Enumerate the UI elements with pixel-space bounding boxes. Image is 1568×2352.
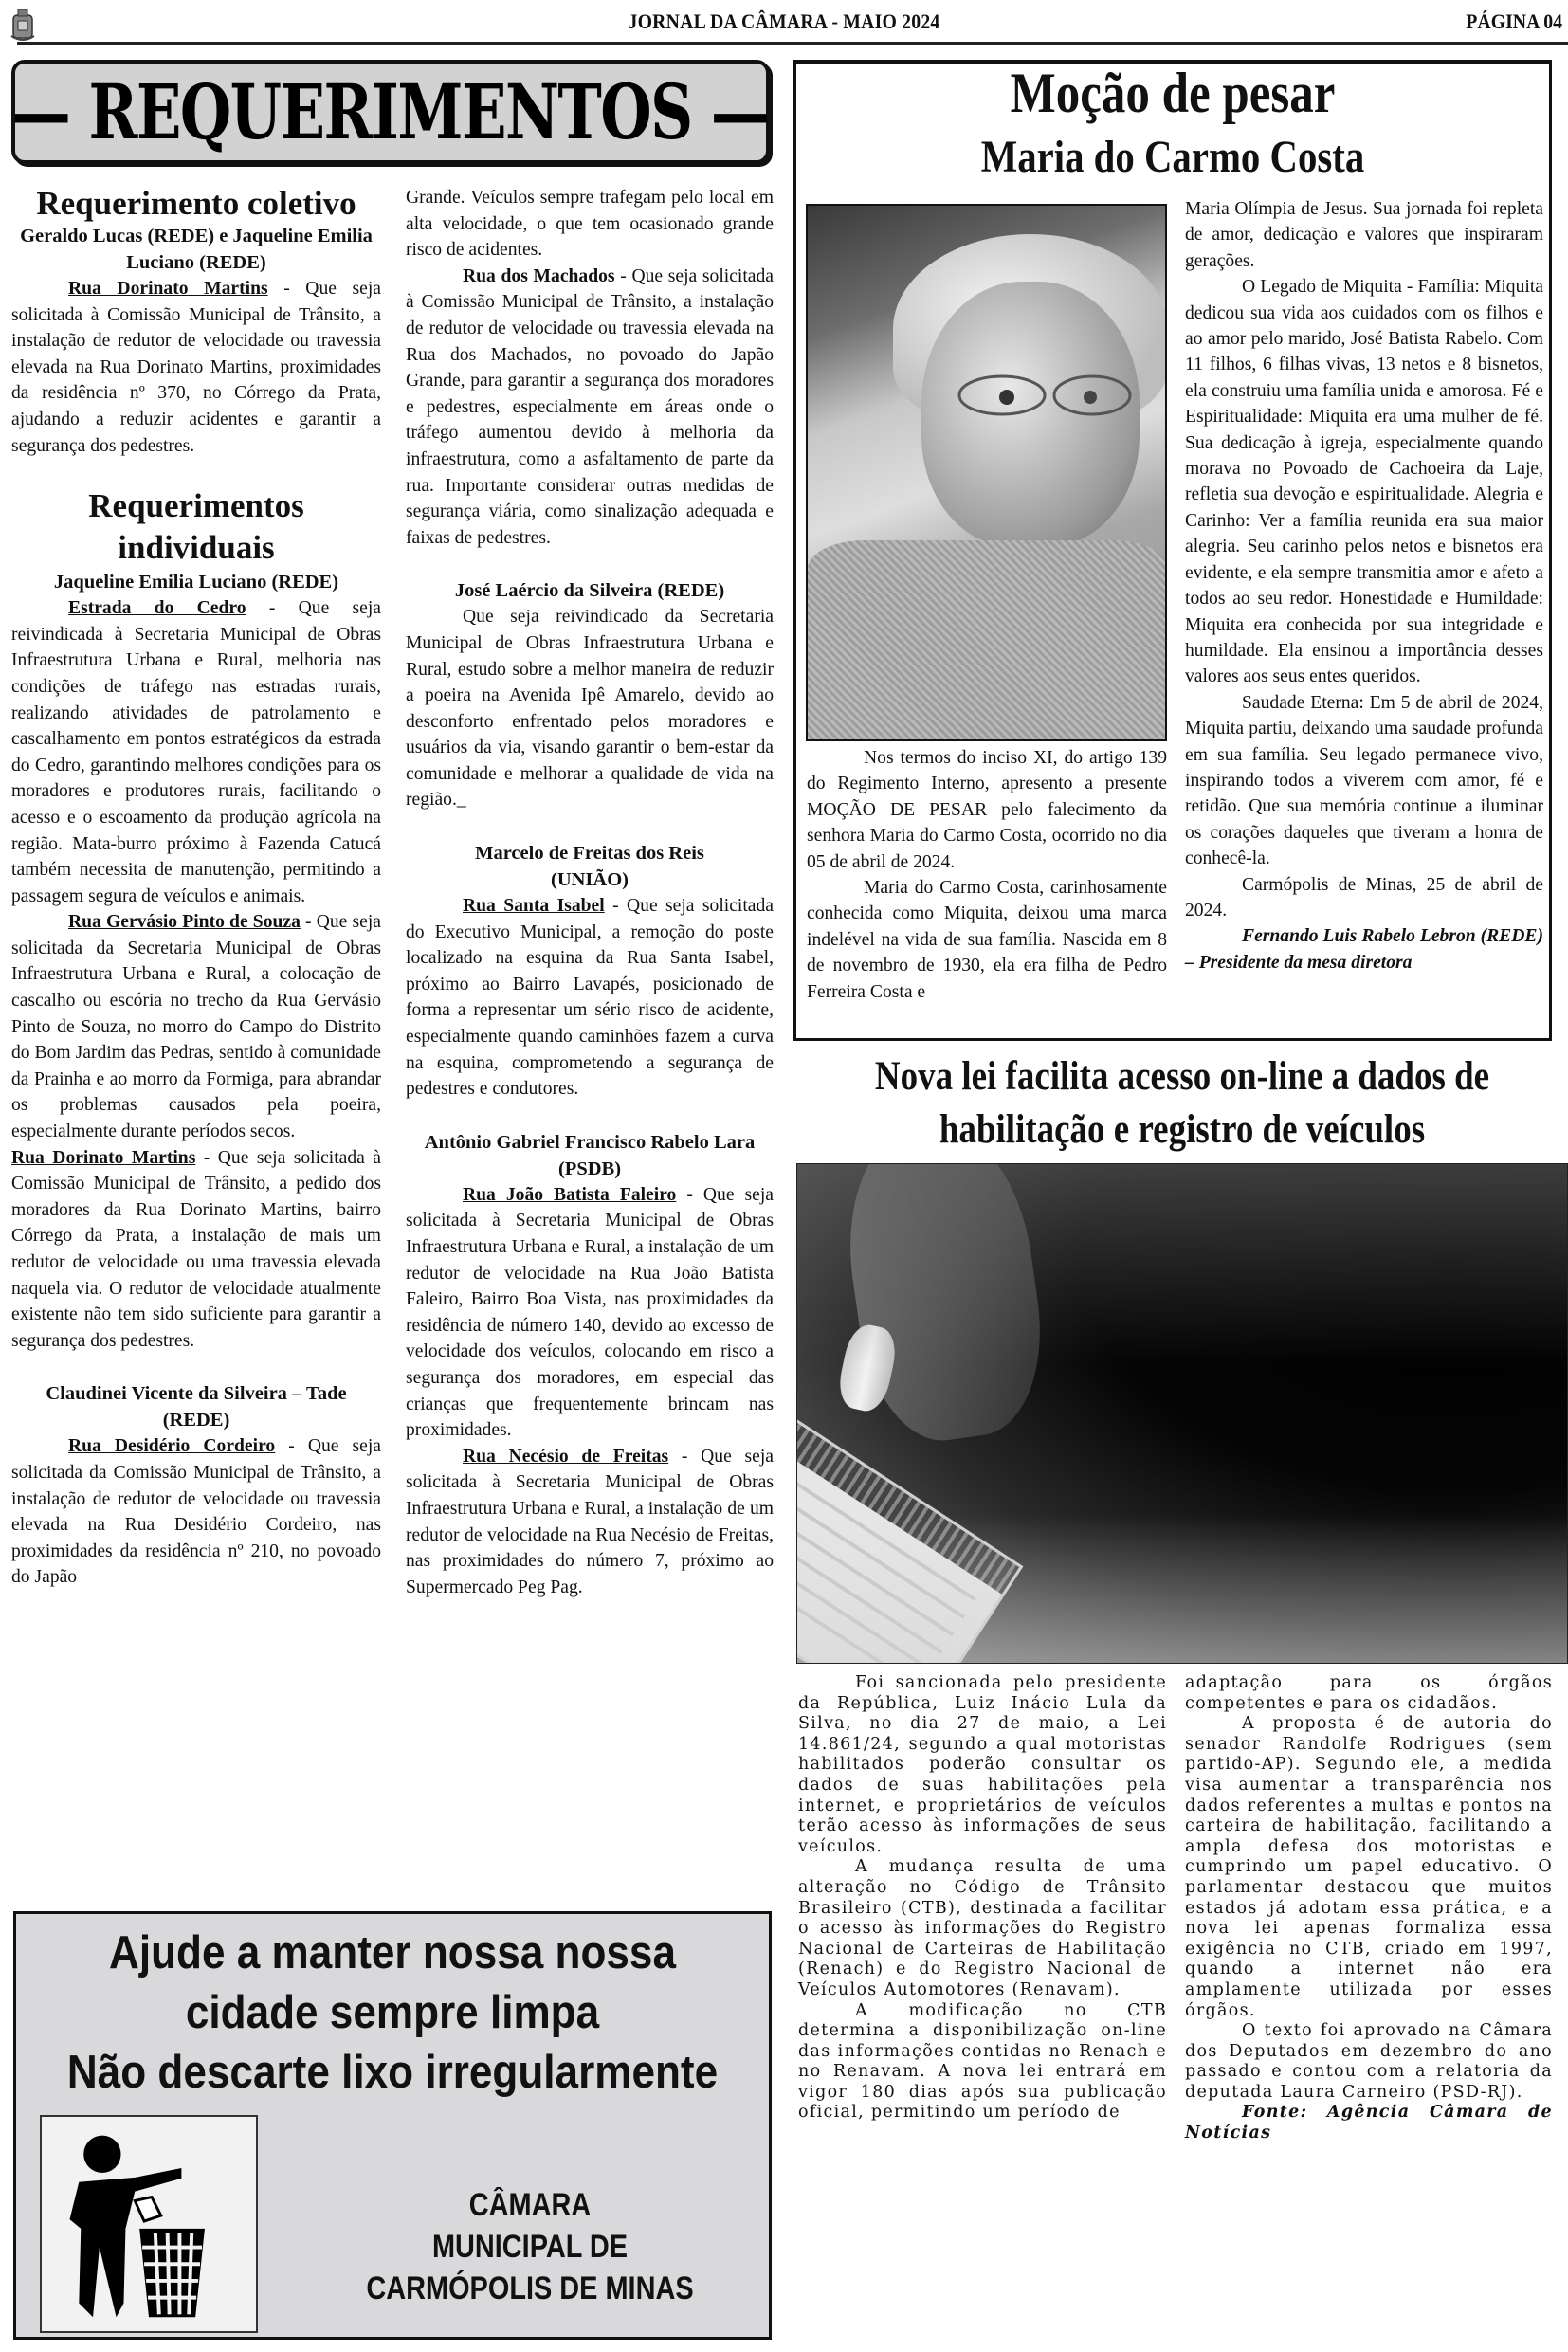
street-name: Rua Dorinato Martins xyxy=(11,1148,195,1168)
mocao-paragraph: Maria Olímpia de Jesus. Sua jornada foi … xyxy=(1185,196,1543,274)
masthead: JORNAL DA CÂMARA - MAIO 2024 PÁGINA 04 xyxy=(0,0,1568,46)
glasses-shape xyxy=(950,372,1140,419)
mocao-column-2: Maria Olímpia de Jesus. Sua jornada foi … xyxy=(1185,196,1543,975)
coat-of-arms-icon xyxy=(9,8,36,44)
article-headline: Nova lei facilita acesso on-line a dados… xyxy=(850,1050,1514,1157)
license-photo xyxy=(796,1163,1568,1664)
coletivo-heading: Requerimento coletivo xyxy=(11,185,381,223)
clean-city-ad: Ajude a manter nossa nossa cidade sempre… xyxy=(13,1911,772,2340)
mocao-column-1: Nos termos do inciso XI, do artigo 139 d… xyxy=(807,745,1167,1005)
mocao-paragraph: Saudade Eterna: Em 5 de abril de 2024, M… xyxy=(1185,690,1543,872)
street-name: Estrada do Cedro xyxy=(68,598,246,618)
mocao-paragraph: Nos termos do inciso XI, do artigo 139 d… xyxy=(807,745,1167,875)
requerimento-continuation: Grande. Veículos sempre trafegam pelo lo… xyxy=(406,185,774,264)
portrait-photo xyxy=(806,204,1167,741)
section-title: — REQUERIMENTOS — xyxy=(12,67,769,156)
vereador-name: Marcelo de Freitas dos Reis (UNIÃO) xyxy=(406,840,774,893)
requerimentos-banner: — REQUERIMENTOS — xyxy=(11,60,770,164)
mocao-paragraph: Maria do Carmo Costa, carinhosamente con… xyxy=(807,875,1167,1005)
article-paragraph: A mudança resulta de uma alteração no Có… xyxy=(798,1857,1167,2000)
mocao-paragraph: O Legado de Miquita - Família: Miquita d… xyxy=(1185,274,1543,690)
mocao-subtitle: Maria do Carmo Costa xyxy=(850,131,1495,184)
mocao-paragraph: Carmópolis de Minas, 25 de abril de 2024… xyxy=(1185,872,1543,924)
newspaper-title: JORNAL DA CÂMARA - MAIO 2024 xyxy=(79,9,1490,34)
article-column-2: adaptação para os órgãos competentes e p… xyxy=(1185,1673,1553,2144)
header-rule xyxy=(17,42,1568,45)
requerimento-item: Rua Necésio de Freitas - Que seja solici… xyxy=(406,1444,774,1601)
street-name: Rua João Batista Faleiro xyxy=(463,1185,676,1205)
street-name: Rua Dorinato Martins xyxy=(68,279,268,299)
requerimentos-column-1: Requerimento coletivo Geraldo Lucas (RED… xyxy=(11,185,381,1591)
article-paragraph: A proposta é de autoria do senador Rando… xyxy=(1185,1714,1553,2021)
camara-org-name: CÂMARA MUNICIPAL DE CARMÓPOLIS DE MINAS xyxy=(335,2184,724,2309)
mocao-signature: Fernando Luis Rabelo Lebron (REDE) – Pre… xyxy=(1185,923,1543,975)
street-name: Rua Necésio de Freitas xyxy=(463,1447,668,1467)
article-paragraph: Foi sancionada pelo presidente da Repúbl… xyxy=(798,1673,1167,1857)
mocao-title: Moção de pesar xyxy=(850,63,1495,123)
individuais-heading: Requerimentos individuais xyxy=(11,485,381,569)
vereador-name: Jaqueline Emilia Luciano (REDE) xyxy=(11,569,381,595)
requerimento-item: Rua Desidério Cordeiro - Que seja solici… xyxy=(11,1433,381,1591)
requerimento-item: Rua Gervásio Pinto de Souza - Que seja s… xyxy=(11,909,381,1144)
requerimento-item: Rua Dorinato Martins - Que seja solicita… xyxy=(11,1145,381,1355)
requerimento-item: Rua João Batista Faleiro - Que seja soli… xyxy=(406,1182,774,1444)
street-name: Rua Desidério Cordeiro xyxy=(68,1436,275,1456)
vereador-name: José Laércio da Silveira (REDE) xyxy=(406,577,774,604)
page-number: PÁGINA 04 xyxy=(1466,9,1562,34)
requerimento-item: Rua dos Machados - Que seja solicitada à… xyxy=(406,264,774,552)
article-paragraph: adaptação para os órgãos competentes e p… xyxy=(1185,1673,1553,1714)
vereador-name: Claudinei Vicente da Silveira – Tade (RE… xyxy=(11,1380,381,1433)
vereador-name: Antônio Gabriel Francisco Rabelo Lara (P… xyxy=(406,1129,774,1182)
article-paragraph: O texto foi aprovado na Câmara dos Deput… xyxy=(1185,2021,1553,2103)
requerimento-item: Estrada do Cedro - Que seja reivindicada… xyxy=(11,595,381,909)
article-column-1: Foi sancionada pelo presidente da Repúbl… xyxy=(798,1673,1167,2124)
street-name: Rua Santa Isabel xyxy=(463,896,605,916)
article-source: Fonte: Agência Câmara de Notícias xyxy=(1185,2103,1553,2143)
requerimento-item: Que seja reivindicado da Secretaria Muni… xyxy=(406,604,774,813)
street-name: Rua Gervásio Pinto de Souza xyxy=(68,912,301,932)
tidy-man-trash-icon xyxy=(40,2115,258,2333)
ad-headline: Ajude a manter nossa nossa cidade sempre… xyxy=(54,1924,732,2103)
street-name: Rua dos Machados xyxy=(463,266,615,286)
requerimento-item: Rua Dorinato Martins - Que seja solicita… xyxy=(11,276,381,459)
requerimentos-column-2: Grande. Veículos sempre trafegam pelo lo… xyxy=(406,185,774,1600)
article-paragraph: A modificação no CTB determina a disponi… xyxy=(798,2001,1167,2124)
coletivo-authors: Geraldo Lucas (REDE) e Jaqueline Emilia … xyxy=(11,223,381,276)
requerimento-item: Rua Santa Isabel - Que seja solicitada d… xyxy=(406,893,774,1103)
